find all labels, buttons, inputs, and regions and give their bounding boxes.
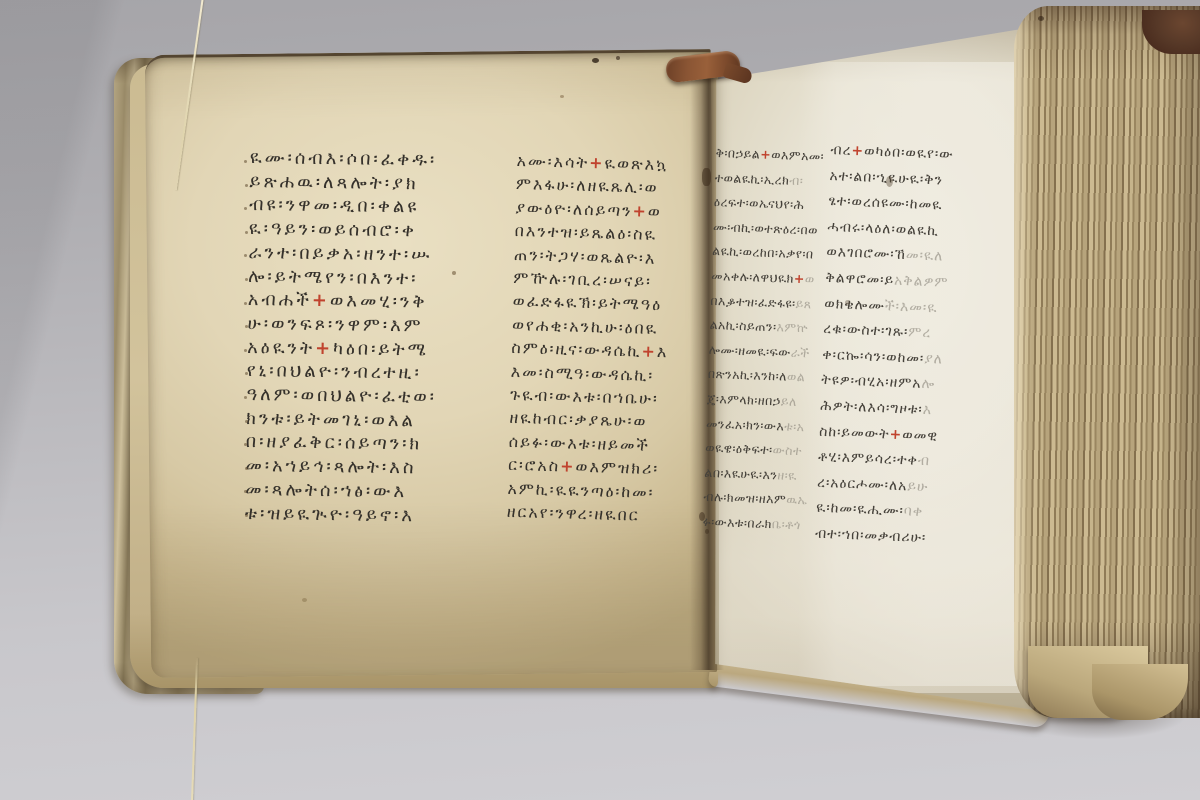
pricking-dot [245,514,248,517]
geez-text-segment: ዪ፡ከመ፡ዪሒሙ፡ [816,500,904,520]
pricking-dot [245,184,248,187]
text-line: ክንቱ፡ይትመገኒ፡ወእል [246,407,437,433]
geez-text-segment: ቱ፡ዝይዪጒዮ፡ዓይኖ፡እ [245,503,415,526]
geez-text-segment: ዓለም፡ወበህልዮ፡ፈቲወ፡ [246,384,437,408]
text-line: ፉ፡ውእቱ፡በራክቤ፡ቶጎ [702,510,811,538]
geez-text-segment: ዪ፡ዓይን፡ወይሰብሮ፡ቀ [249,218,417,241]
geez-text-segment: ዘ፡ዪ [777,467,797,483]
text-line: ሁ፡ወንፍጾ፡ንዋም፡እም [247,312,438,338]
geez-text-segment: አምኪ፡ዪዪንጣዕ፡ከመ፡ [507,479,654,502]
geez-text-segment: ብረ [830,142,852,159]
geez-text-segment: እመ፡ስሚዓ፡ውዳሴኪ፡ [511,362,655,385]
geez-text-segment: ዘዪከብር፡ቃያጼሁ፡ወ [509,408,647,431]
geez-text-segment: እ [657,342,669,361]
geez-text-segment: ሎ፡ይትሜየን፡በእንተ፡ [248,266,419,289]
geez-text-segment: ወፈድፋዪኽ፡ይትሜዓዕ [512,291,662,314]
text-line: ዕረፍተ፡ወኤናህየ፡ሕ [713,190,822,218]
rubric-cross-mark: + [641,342,657,361]
geez-text-segment: አቅልዎም [894,273,949,291]
geez-text-segment: ወ [648,201,662,220]
geez-text-segment: ተወልዪኪ፡ኢረክ [714,170,789,188]
geez-text-segment: ወ [805,271,815,286]
text-line: ልአኪ፡ስይጠን፡እምኵ [709,313,818,341]
geez-text-segment: ዪሙ፡ሰብእ፡ሶበ፡ፈቀዱ፡ [250,147,438,171]
geez-text-segment: ውስተ [772,442,802,458]
geez-text-segment: ዪወጽእኳ [604,153,668,174]
geez-text-segment: በጽንአኪ፡እንከ፡ለ [708,366,788,384]
geez-text-segment: ዉኤ [786,492,808,508]
rubric-cross-mark: + [589,153,605,172]
geez-text-segment: ያውዕዮ፡ለሰይጣን [515,198,633,220]
geez-text-segment: ይጽሐዉ፡ለጻሎት፡ያክ [249,171,418,194]
geez-text-segment: ይሁ [907,478,929,495]
geez-text-segment: ወል [787,369,806,385]
geez-text-segment: ች፡እመ፡ዪ [885,298,938,316]
text-column-left-1: ዪሙ፡ሰብእ፡ሶበ፡ፈቀዱ፡ይጽሐዉ፡ለጻሎት፡ያክብዩ፡ንዋመ፡ዲበ፡ቀልዩዪ… [245,146,441,528]
text-line: በ፡ዘያፈቅር፡ሰይጣን፡ክ [246,430,437,456]
text-line: መንፈአ፡ክን፡ውእቱ፡አ [706,411,815,439]
text-line: ተወልዪኪ፡ኢረክብ፡ [714,166,823,194]
text-column-left-2: አሙ፡እሳት+ዪወጽእኳምእፋሁ፡ለዘዪጼሊ፡ወያውዕዮ፡ለሰይጣን+ወበእንተ… [507,149,674,528]
text-line: የኒ፡በህልዮ፡ንብረተዚ፡ [247,359,438,385]
geez-text-segment: ወእመሂ፡ንቅ [330,290,428,312]
pricking-dot [244,349,247,352]
rubric-cross-mark: + [889,426,902,442]
geez-text-segment: ስከ፡ይመውት [819,423,890,442]
leather-cover-corner [1142,10,1200,54]
pricking-dot [245,231,248,234]
geez-text-segment: በ፡ዘያፈቅር፡ሰይጣን፡ክ [246,431,423,454]
text-line: ልዪኪ፡ወረከበ፡አቃየ፡በ [712,239,821,267]
geez-text-segment: ወክቄሎሙ [824,295,885,313]
fore-edge-page-block [1014,6,1200,718]
geez-text-segment: ብ፡ [789,172,803,187]
geez-text-segment: ብዩ፡ንዋመ፡ዲበ፡ቀልዩ [249,194,419,217]
geez-text-segment: ፄተ፡ወረሰዩሙ፡ከመዪ [828,193,943,214]
geez-text-segment: ፉ፡ውእቱ፡በራክ [702,514,772,531]
geez-text-segment: ወእምአመ፡ [771,147,824,164]
geez-text-segment: ብተ፡ኀበ፡መቃብሪሁ፡ [815,526,927,546]
geez-text-segment: ቶሂ፡እምይሳረ፡ተቀ [818,449,918,469]
geez-text-segment: ጄ፡እምላክ፡ዘበኃ [707,391,781,409]
text-line: ብሉ፡ክመዝ፡ዘእምዉኤ [703,485,812,513]
text-line: ዪሙ፡ሰብእ፡ሶበ፡ፈቀዱ፡ [250,146,441,172]
geez-text-segment: ቱ፡አ [784,418,805,434]
geez-text-segment: ልአኪ፡ስይጠን፡ [709,317,776,334]
photo-backdrop: ዪሙ፡ሰብእ፡ሶበ፡ፈቀዱ፡ይጽሐዉ፡ለጻሎት፡ያክብዩ፡ንዋመ፡ዲበ፡ቀልዩዪ… [0,0,1200,800]
text-line: አዕዪንት+ካዕበ፡ይትሜ [247,336,438,362]
geez-text-segment: መንፈአ፡ክን፡ውእ [706,415,785,433]
text-line: ወዪዌ፡ዕቅፍተ፡ውስተ [705,436,814,464]
geez-text-segment: ወእገበሮሙ፡ኸ [826,244,906,263]
text-column-right-1: ቅ፡በኃይል+ወእምአመ፡ተወልዪኪ፡ኢረክብ፡ዕረፍተ፡ወኤናህየ፡ሕሙ፡ብኪ… [702,141,824,538]
geez-text-segment: ብሉ፡ክመዝ፡ዘእም [703,489,786,507]
geez-text-segment: መአቀሉ፡ለዋህዪክ [711,268,794,286]
geez-text-segment: ይጸ [795,295,812,311]
geez-text-segment: ጠን፡ትጋሃ፡ወጼልዮ፡እ [514,245,657,268]
geez-text-segment: ሙ፡ብኪ፡ወተጽዕረ፡በወ [713,219,818,238]
text-line: መአቀሉ፡ለዋህዪክ+ወ [711,264,820,292]
geez-text-segment: ረ፡አዕርሖሙ፡ለአ [817,474,908,494]
geez-text-segment: አሙ፡እሳት [516,151,589,172]
geez-text-segment: ረቁ፡ውስተ፡ገጹ፡ [823,321,909,340]
geez-text-segment: አብሐች [248,289,312,311]
geez-text-segment: ቤ፡ቶጎ [772,516,801,532]
pricking-dot [244,302,247,305]
geez-text-segment: አተ፡ልበ፡ኂዪሁዪ፡ቅን [829,168,943,189]
geez-text-segment: ራንተ፡በይቃአ፡ዘንተ፡ሡ [248,242,432,266]
text-line: ዓለም፡ወበህልዮ፡ፈቲወ፡ [246,383,437,409]
text-line: ቱ፡ዝይዪጒዮ፡ዓይኖ፡እ [245,502,436,528]
rubric-cross-mark: + [560,457,576,476]
geez-text-segment: ምእፋሁ፡ለዘዪጼሊ፡ወ [516,174,659,197]
geez-text-segment: ዘርአየ፡ንዋረ፡ዘዪበር [507,502,640,525]
rubric-cross-mark: + [312,290,330,311]
text-line: ጄ፡እምላክ፡ዘበኃይለ [707,387,816,415]
geez-text-segment: በእቇተዝ፡ፈድፋዩ፡ [710,292,796,310]
rubric-cross-mark: + [760,147,772,162]
pricking-dot [245,278,248,281]
text-line: ሙ፡ብኪ፡ወተጽዕረ፡በወ [713,215,822,243]
geez-text-segment: ስምዕ፡ዚና፡ውዳሴኪ [511,338,642,361]
rubric-cross-mark: + [794,271,806,286]
geez-text-segment: እ [922,402,932,418]
text-line: ቅ፡በኃይል+ወእምአመ፡ [715,141,824,169]
geez-text-segment: ር፡ሮአስ [508,455,561,475]
geez-text-segment: ምረ [908,324,932,341]
geez-text-segment: አዕዪንት [247,337,315,359]
text-column-right-2: ብረ+ወካዕበ፡ወዪየ፡ውአተ፡ልበ፡ኂዪሁዪ፡ቅንፄተ፡ወረሰዩሙ፡ከመዪሓብ… [815,138,955,552]
geez-text-segment: ቅ፡በኃይል [715,145,760,162]
pricking-dot [245,420,248,423]
geez-text-segment: የኒ፡በህልዮ፡ንብረተዚ፡ [247,360,422,383]
text-line: ዪ፡ዓይን፡ወይሰብሮ፡ቀ [249,217,440,243]
geez-text-segment: ራች [791,344,810,360]
geez-text-segment: ልበ፡እዪሁዪ፡እን [704,465,778,483]
geez-text-segment: እምኵ [776,319,808,335]
geez-text-segment: ይለ [781,393,798,409]
text-line: በጽንአኪ፡እንከ፡ለወል [707,362,816,390]
geez-text-segment: ባቀ [903,504,923,521]
geez-text-segment: ያለ [924,351,943,368]
text-line: ራንተ፡በይቃአ፡ዘንተ፡ሡ [248,241,439,267]
geez-text-segment: ወካዕበ፡ወዪየ፡ው [864,143,954,163]
geez-text-segment: ሓብሩ፡ላዕለ፡ወልዪኪ [827,219,939,239]
geez-text-segment: ሎ [921,376,935,393]
text-line: በእቇተዝ፡ፈድፋዩ፡ይጸ [710,288,819,316]
text-line: ብዩ፡ንዋመ፡ዲበ፡ቀልዩ [249,193,440,219]
text-line: ልበ፡እዪሁዪ፡እንዘ፡ዪ [704,461,813,489]
text-line: ይጽሐዉ፡ለጻሎት፡ያክ [249,170,440,196]
geez-text-segment: ልዪኪ፡ወረከበ፡አቃየ፡በ [712,243,814,262]
text-line: ዘርአየ፡ንዋረ፡ዘዪበር [507,500,665,528]
rubric-cross-mark: + [632,201,648,220]
geez-text-segment: መ፡አኀይኅ፡ጻሎት፡እስ [245,455,416,478]
rubric-cross-mark: + [315,338,333,359]
geez-text-segment: ሁ፡ወንፍጾ፡ንዋም፡እም [247,313,423,336]
pricking-dot [245,467,248,470]
geez-text-segment: ቅልዋሮመ፡ይ [825,270,894,289]
geez-text-segment: ወእምዝክሪ፡ [575,457,659,478]
geez-text-segment: ወዪዌ፡ዕቅፍተ፡ [705,440,773,457]
pricking-dot [244,160,247,163]
geez-text-segment: ካዕበ፡ይትሜ [333,338,429,360]
text-line: አብሐች+ወእመሂ፡ንቅ [248,288,439,314]
geez-text-segment: ትዩዎ፡ብሂአ፡ዘምአ [821,372,922,392]
geez-text-segment: መ፡ዪለ [906,247,944,264]
text-line: መ፡አኀይኅ፡ጻሎት፡እስ [245,454,436,480]
geez-text-segment: ሕዎት፡ለእሳ፡ግዞቱ፡ [820,398,923,418]
geez-text-segment: ሰይፉ፡ውእቱ፡ዘይመች [509,432,651,455]
pricking-dot [244,396,247,399]
geez-text-segment: ምዅሉ፡ገቢረ፡ሠናይ፡ [513,268,652,291]
geez-text-segment: ዕረፍተ፡ወኤናህየ፡ሕ [714,194,805,212]
geez-text-segment: መ፡ጻሎትሰ፡ኀፅ፡ውእ [245,479,407,502]
curled-page-corner [1092,664,1188,720]
text-line: ሎሙ፡ዘመዪ፡ፍውራች [708,338,817,366]
text-line: ብተ፡ኀበ፡መቃብሪሁ፡ [815,522,939,553]
geez-text-segment: ጉዪብ፡ውእቱ፡በኀቤሁ፡ [510,385,659,408]
geez-text-segment: ወየሐቂ፡አንኪሁ፡ዕበዪ [512,315,659,338]
geez-text-segment: ብ [918,453,931,469]
geez-text-segment: ክንቱ፡ይትመገኒ፡ወእል [246,408,416,431]
text-line: መ፡ጻሎትሰ፡ኀፅ፡ውእ [245,478,436,504]
geez-text-segment: በእንተዝ፡ይጼልዕ፡ስዪ [514,221,657,244]
geez-text-segment: ሎሙ፡ዘመዪ፡ፍው [708,342,791,360]
rubric-cross-mark: + [851,143,864,159]
text-line: ሎ፡ይትሜየን፡በእንተ፡ [248,265,439,291]
geez-text-segment: ቀ፡ርኰ፡ሳን፡ወከመ፡ [822,347,925,367]
geez-text-segment: ወመዊ [902,427,938,444]
